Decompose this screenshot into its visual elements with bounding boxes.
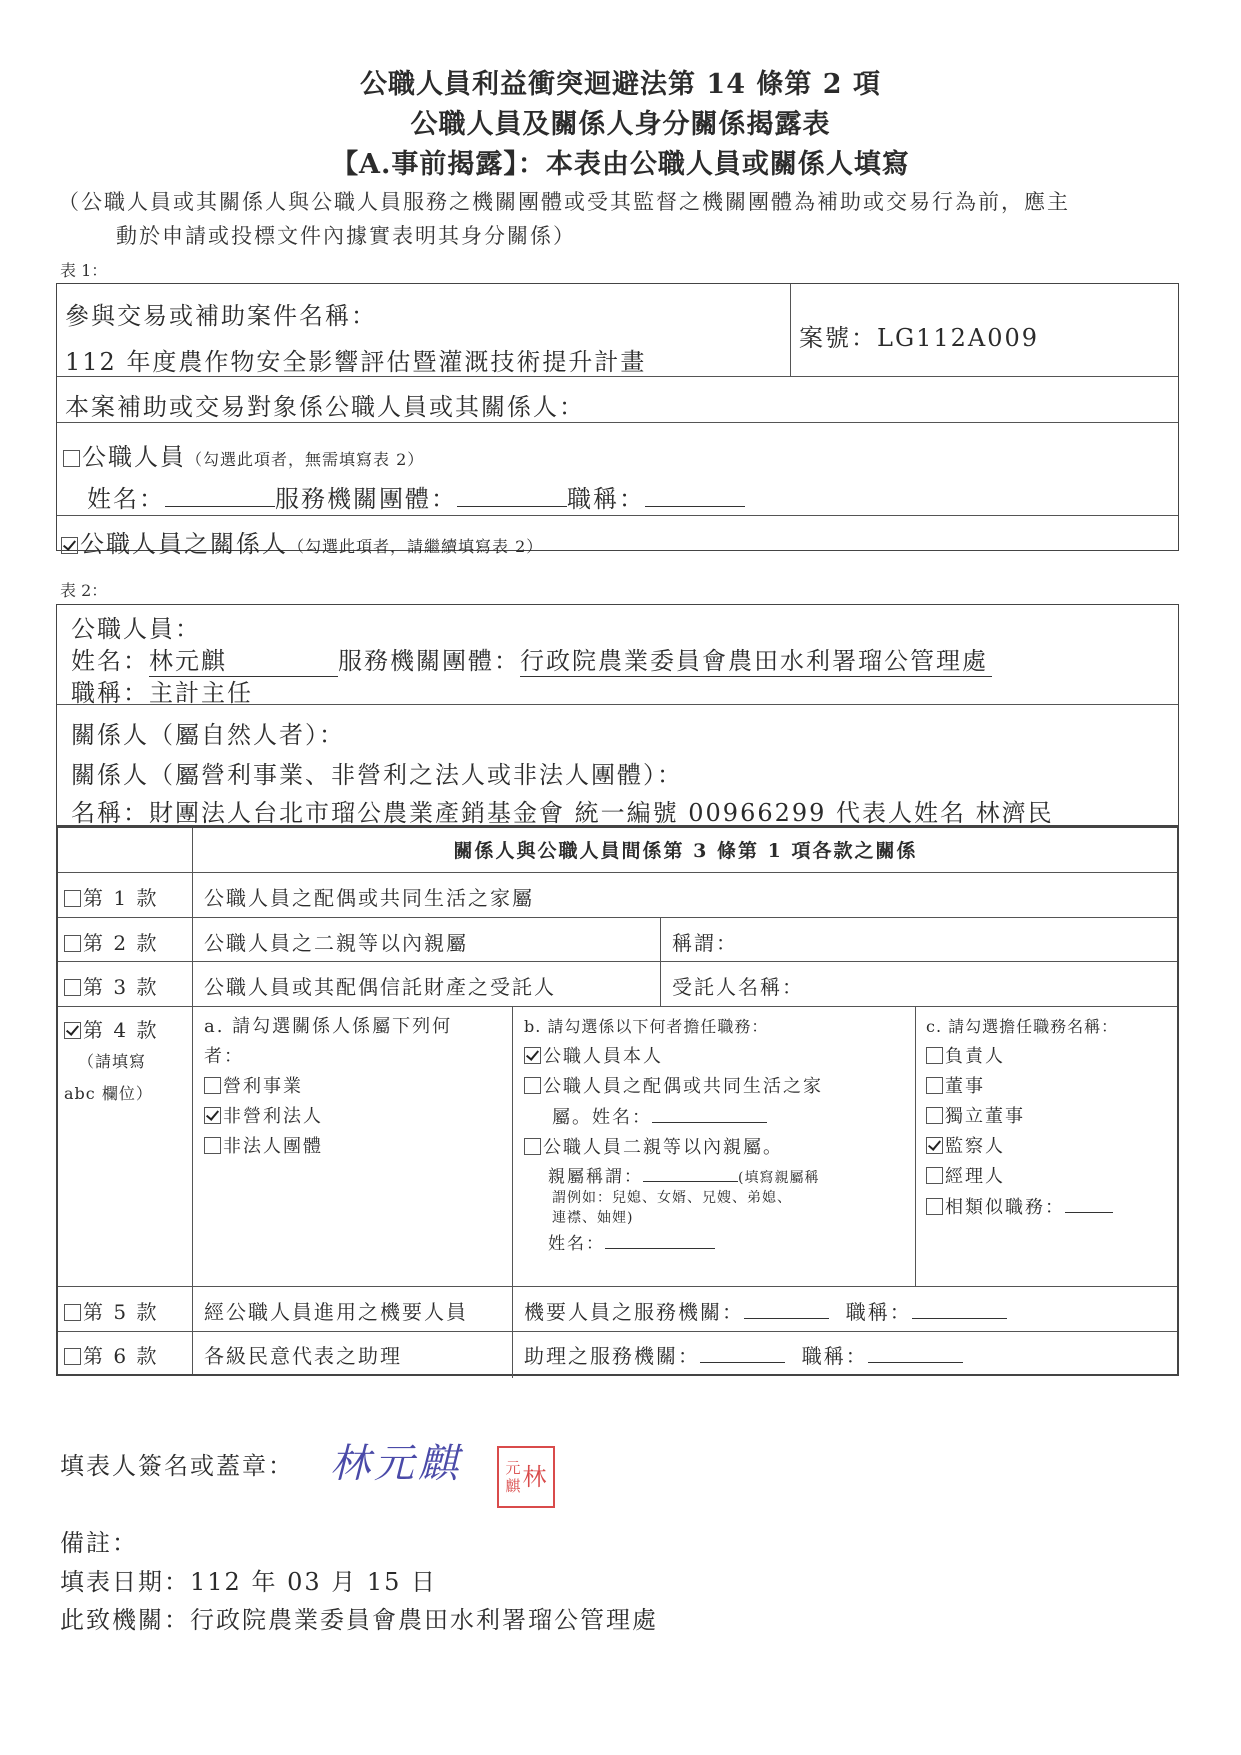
col-a: a. 請勾選關係人係屬下列何 者： 營利事業 非營利法人 非法人團體 <box>204 1012 504 1162</box>
col-c: c. 請勾選擔任職務名稱： 負責人 董事 獨立董事 監察人 經理人 相類似職務： <box>926 1012 1176 1223</box>
col-c-option-manager: 經理人 <box>926 1162 1176 1192</box>
related-org-details: 名稱：財團法人台北市瑠公農業產銷基金會 統一編號 00966299 代表人姓名 … <box>71 793 1054 828</box>
table2-official-section: 公職人員： 姓名：林元麒服務機關團體：行政院農業委員會農田水利署瑠公管理處 職稱… <box>56 604 1179 826</box>
related-option-hint: （勾選此項者，請繼續填寫表 2） <box>288 537 543 556</box>
form-title-line3: 【A.事前揭露】：本表由公職人員或關係人填寫 <box>0 142 1241 181</box>
remarks-label: 備註： <box>60 1523 138 1558</box>
official-fields-row: 姓名：服務機關團體：職稱： <box>87 479 745 514</box>
official-checkbox[interactable] <box>63 450 80 467</box>
similar-field[interactable] <box>1065 1192 1113 1213</box>
form-note-line2: 動於申請或投標文件內據實表明其身分關係） <box>116 220 576 250</box>
relations-table: 關係人與公職人員間係第 3 條第 1 項各款之關係 第 1 款 公職人員之配偶或… <box>56 826 1179 1376</box>
supervisor-checkbox[interactable] <box>926 1137 943 1154</box>
supervisor-label: 監察人 <box>945 1136 1005 1157</box>
col-a-option-commercial: 營利事業 <box>204 1072 504 1102</box>
col-b-title: b. 請勾選係以下何者擔任職務： <box>524 1012 909 1042</box>
clause5-agency-label: 機要人員之服務機關： <box>524 1300 744 1324</box>
clause2-desc: 公職人員之二親等以內親屬 <box>204 927 468 956</box>
clause2-title-field[interactable]: 稱謂： <box>672 927 738 956</box>
subject-label: 本案補助或交易對象係公職人員或其關係人： <box>65 387 585 422</box>
official-name-label: 姓名： <box>71 647 149 675</box>
col-c-title: c. 請勾選擔任職務名稱： <box>926 1012 1176 1042</box>
col-c-option-responsible: 負責人 <box>926 1042 1176 1072</box>
similar-label: 相類似職務： <box>945 1197 1065 1218</box>
relative-name-field[interactable] <box>605 1228 715 1249</box>
col-c-option-independent-director: 獨立董事 <box>926 1102 1176 1132</box>
director-label: 董事 <box>945 1076 985 1097</box>
official-name-label: 姓名： <box>87 485 165 513</box>
official-title-value: 主計主任 <box>149 679 253 707</box>
clause6-agency-label: 助理之服務機關： <box>524 1344 700 1368</box>
relative-label: 公職人員二親等以內親屬。 <box>543 1137 783 1158</box>
fill-date-row: 填表日期：112 年 03 月 15 日 <box>60 1562 437 1597</box>
official-option-hint: （勾選此項者，無需填寫表 2） <box>186 450 424 469</box>
fill-date-value: 112 年 03 月 15 日 <box>190 1568 437 1596</box>
official-heading: 公職人員： <box>71 609 201 644</box>
form-note-line1: （公職人員或其關係人與公職人員服務之機關團體或受其監督之機關團體為補助或交易行為… <box>58 186 1238 216</box>
relative-title-hint: (填寫親屬稱 <box>738 1170 819 1186</box>
clause4-checkbox[interactable] <box>64 1022 81 1039</box>
relative-title-label: 親屬稱謂： <box>548 1167 643 1187</box>
official-agency-value: 行政院農業委員會農田水利署瑠公管理處 <box>520 641 992 677</box>
clause6-cell: 第 6 款 <box>64 1340 158 1369</box>
case-number-label: 案號： <box>799 324 877 352</box>
independent-director-checkbox[interactable] <box>926 1107 943 1124</box>
addressee-label: 此致機關： <box>60 1606 190 1634</box>
case-name-value: 112 年度農作物安全影響評估暨灌溉技術提升計畫 <box>65 342 646 377</box>
clause1-checkbox[interactable] <box>64 890 81 907</box>
clause6-title-label: 職稱： <box>802 1344 868 1368</box>
official-agency-label: 服務機關團體： <box>338 647 520 675</box>
spouse-checkbox[interactable] <box>524 1077 541 1094</box>
independent-director-label: 獨立董事 <box>945 1106 1025 1127</box>
clause3-trustee-field[interactable]: 受託人名稱： <box>672 971 804 1000</box>
unincorporated-checkbox[interactable] <box>204 1137 221 1154</box>
addressee-value: 行政院農業委員會農田水利署瑠公管理處 <box>190 1606 658 1634</box>
clause3-label: 第 3 款 <box>83 975 158 999</box>
stamp-char: 元 <box>505 1459 520 1477</box>
signature-label: 填表人簽名或蓋章： <box>60 1446 294 1481</box>
case-name-label: 參與交易或補助案件名稱： <box>65 296 377 331</box>
official-title-row: 職稱：主計主任 <box>71 673 253 708</box>
spouse-label: 公職人員之配偶或共同生活之家 <box>543 1076 823 1097</box>
official-name-field[interactable] <box>165 484 275 507</box>
commercial-checkbox[interactable] <box>204 1077 221 1094</box>
unincorporated-label: 非法人團體 <box>223 1136 323 1157</box>
clause5-cell: 第 5 款 <box>64 1296 158 1325</box>
clause6-agency-field[interactable] <box>700 1342 785 1363</box>
col-b-relative-title: 親屬稱謂：(填寫親屬稱 <box>524 1163 909 1188</box>
manager-label: 經理人 <box>945 1166 1005 1187</box>
col-a-title1: a. 請勾選關係人係屬下列何 <box>204 1012 504 1042</box>
spouse-name-field[interactable] <box>652 1102 767 1123</box>
clause4-hint2: abc 欄位） <box>64 1084 153 1104</box>
official-title-field[interactable] <box>645 484 745 507</box>
clause2-cell: 第 2 款 <box>64 927 158 956</box>
official-name-value: 林元麒 <box>149 641 338 677</box>
responsible-checkbox[interactable] <box>926 1047 943 1064</box>
official-info-row: 姓名：林元麒服務機關團體：行政院農業委員會農田水利署瑠公管理處 <box>71 641 992 677</box>
form-title-line1: 公職人員利益衝突迴避法第 14 條第 2 項 <box>0 62 1241 101</box>
col-c-option-similar: 相類似職務： <box>926 1192 1176 1223</box>
seal-stamp: 元 麒 林 <box>497 1446 555 1508</box>
clause3-cell: 第 3 款 <box>64 971 158 1000</box>
stamp-char: 林 <box>523 1464 547 1490</box>
responsible-label: 負責人 <box>945 1046 1005 1067</box>
clause1-desc: 公職人員之配偶或共同生活之家屬 <box>204 882 534 911</box>
spouse-name-label: 屬。姓名： <box>552 1107 652 1128</box>
nonprofit-checkbox[interactable] <box>204 1107 221 1124</box>
clause2-checkbox[interactable] <box>64 935 81 952</box>
col-c-option-supervisor: 監察人 <box>926 1132 1176 1162</box>
clause6-title-field[interactable] <box>868 1342 963 1363</box>
self-label: 公職人員本人 <box>543 1046 663 1067</box>
clause5-agency-field[interactable] <box>744 1298 829 1319</box>
related-natural-label: 關係人（屬自然人者）： <box>71 715 345 750</box>
table1-label: 表 1： <box>60 258 107 281</box>
option-related-row: 公職人員之關係人（勾選此項者，請繼續填寫表 2） <box>61 524 543 559</box>
relative-name-label: 姓名： <box>548 1234 605 1254</box>
official-agency-label: 服務機關團體： <box>275 485 457 513</box>
official-option-label: 公職人員 <box>82 443 186 471</box>
case-number: 案號：LG112A009 <box>799 318 1039 353</box>
col-a-option-unincorporated: 非法人團體 <box>204 1132 504 1162</box>
clause1-cell: 第 1 款 <box>64 882 158 911</box>
clause4-label: 第 4 款 <box>83 1018 158 1042</box>
clause4-cell: 第 4 款 <box>64 1014 158 1043</box>
clause6-checkbox[interactable] <box>64 1348 81 1365</box>
clause5-label: 第 5 款 <box>83 1300 158 1324</box>
nonprofit-label: 非營利法人 <box>223 1106 323 1127</box>
clause3-checkbox[interactable] <box>64 979 81 996</box>
official-title-label: 職稱： <box>71 679 149 707</box>
related-org-label: 關係人（屬營利事業、非營利之法人或非法人團體）： <box>71 755 683 790</box>
table1: 參與交易或補助案件名稱： 112 年度農作物安全影響評估暨灌溉技術提升計畫 案號… <box>56 283 1179 551</box>
table2-label: 表 2： <box>60 578 107 601</box>
form-title-line2: 公職人員及關係人身分關係揭露表 <box>0 102 1241 141</box>
manager-checkbox[interactable] <box>926 1167 943 1184</box>
fill-date-label: 填表日期： <box>60 1568 190 1596</box>
option-official-row: 公職人員（勾選此項者，無需填寫表 2） <box>63 437 424 472</box>
case-number-value: LG112A009 <box>877 324 1039 352</box>
addressee-row: 此致機關：行政院農業委員會農田水利署瑠公管理處 <box>60 1600 658 1635</box>
col-a-title2: 者： <box>204 1042 504 1072</box>
director-checkbox[interactable] <box>926 1077 943 1094</box>
col-b: b. 請勾選係以下何者擔任職務： 公職人員本人 公職人員之配偶或共同生活之家 屬… <box>524 1012 909 1259</box>
clause6-desc: 各級民意代表之助理 <box>204 1340 402 1369</box>
clause3-desc: 公職人員或其配偶信託財產之受託人 <box>204 971 556 1000</box>
relative-hint3: 連襟、妯娌) <box>524 1208 909 1228</box>
related-option-label: 公職人員之關係人 <box>80 530 288 558</box>
similar-checkbox[interactable] <box>926 1198 943 1215</box>
col-a-option-nonprofit: 非營利法人 <box>204 1102 504 1132</box>
col-b-option-self: 公職人員本人 <box>524 1042 909 1072</box>
col-b-spouse-name: 屬。姓名： <box>524 1102 909 1133</box>
stamp-char: 麒 <box>505 1477 520 1495</box>
signature[interactable]: 林元麒 <box>330 1432 462 1489</box>
clause5-title-field[interactable] <box>912 1298 1007 1319</box>
relative-title-field[interactable] <box>643 1163 738 1182</box>
relative-checkbox[interactable] <box>524 1138 541 1155</box>
clause1-label: 第 1 款 <box>83 886 158 910</box>
official-title-label: 職稱： <box>567 485 645 513</box>
self-checkbox[interactable] <box>524 1047 541 1064</box>
clause5-desc: 經公職人員進用之機要人員 <box>204 1296 468 1325</box>
clause6-label: 第 6 款 <box>83 1344 158 1368</box>
clause2-label: 第 2 款 <box>83 931 158 955</box>
commercial-label: 營利事業 <box>223 1076 303 1097</box>
clause5-title-label: 職稱： <box>846 1300 912 1324</box>
clause6-fields: 助理之服務機關： 職稱： <box>524 1340 963 1369</box>
clause5-fields: 機要人員之服務機關： 職稱： <box>524 1296 1007 1325</box>
col-c-option-director: 董事 <box>926 1072 1176 1102</box>
col-b-relative-name: 姓名： <box>524 1228 909 1259</box>
col-b-option-relative: 公職人員二親等以內親屬。 <box>524 1133 909 1163</box>
relations-header: 關係人與公職人員間係第 3 條第 1 項各款之關係 <box>192 836 1179 863</box>
related-checkbox[interactable] <box>61 537 78 554</box>
relative-hint2: 謂例如：兒媳、女婿、兄嫂、弟媳、 <box>524 1188 909 1208</box>
clause5-checkbox[interactable] <box>64 1304 81 1321</box>
col-b-option-spouse: 公職人員之配偶或共同生活之家 <box>524 1072 909 1102</box>
official-agency-field[interactable] <box>457 484 567 507</box>
clause4-hint1: （請填寫 <box>78 1052 146 1072</box>
